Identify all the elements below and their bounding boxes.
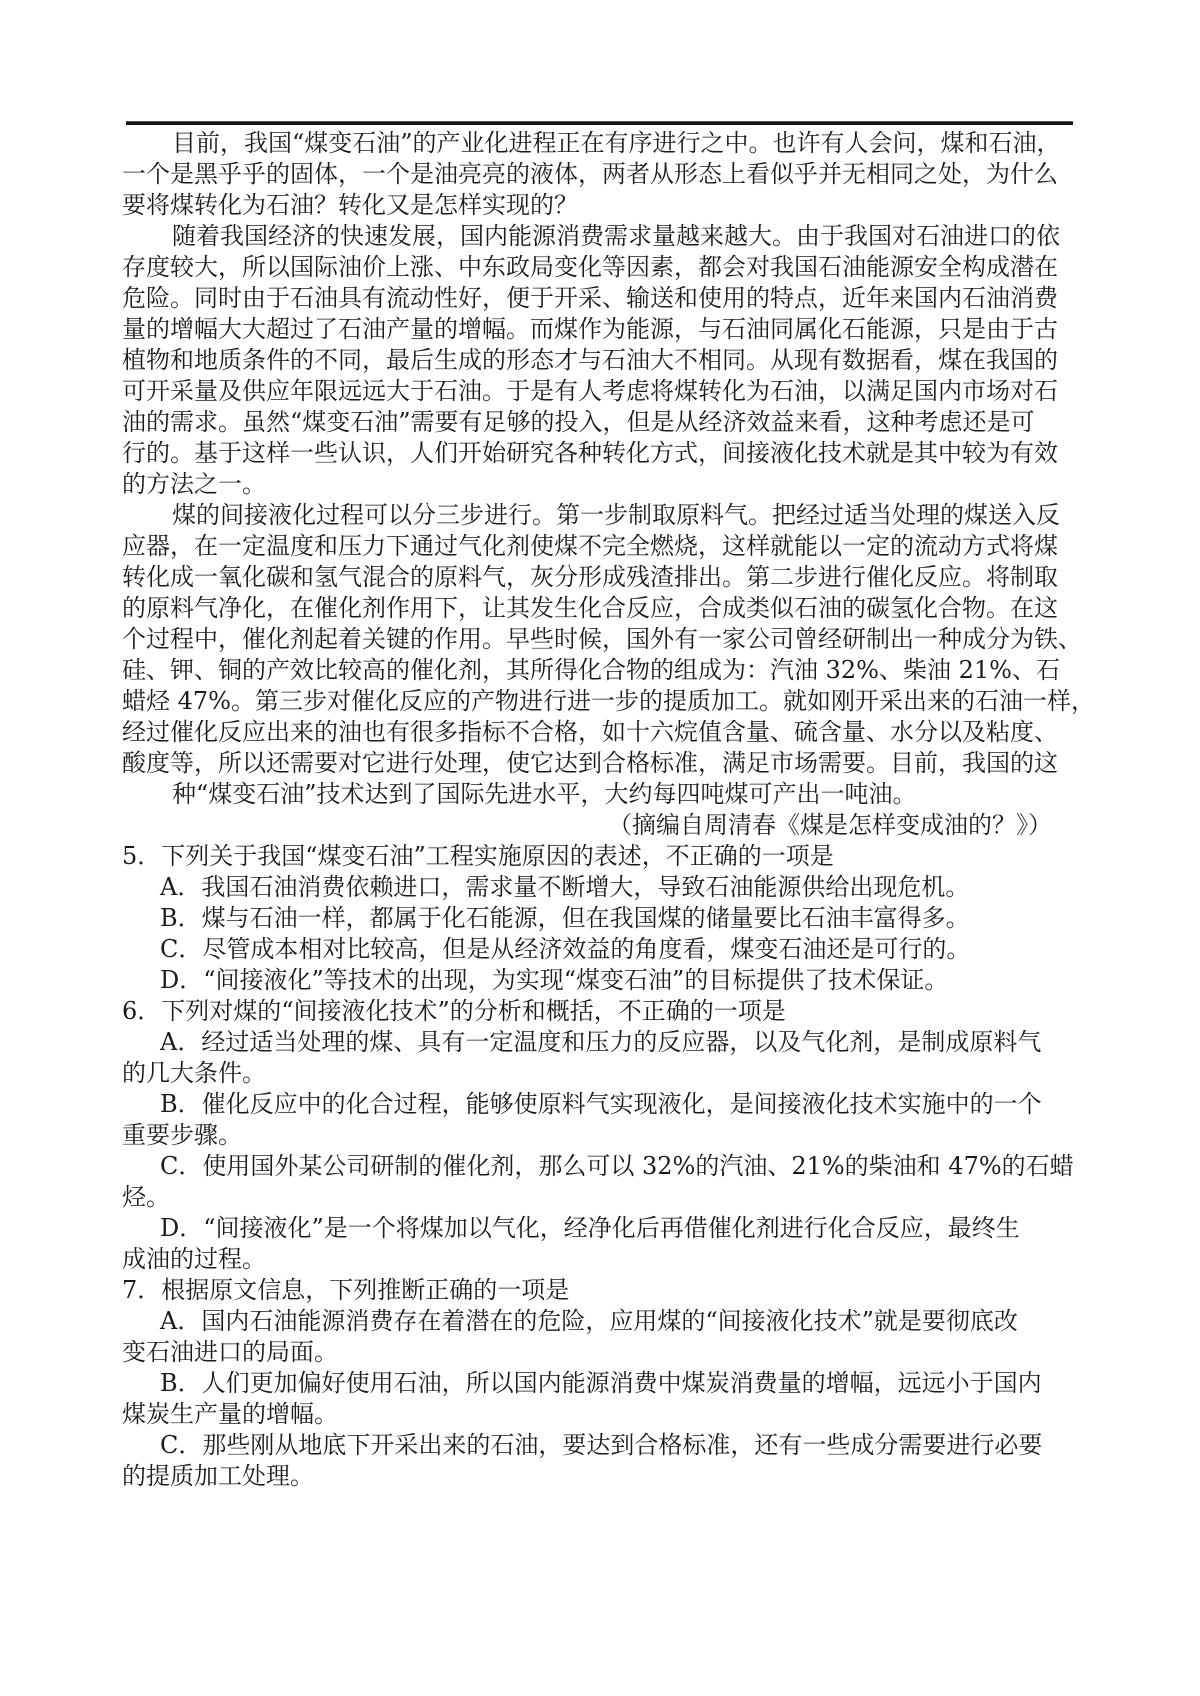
passage-line: 目前，我国“煤变石油”的产业化进程正在有序进行之中。也许有人会问，煤和石油， (122, 128, 1080, 159)
header-divider-rule (126, 121, 1073, 125)
passage-line: 经过催化反应出来的油也有很多指标不合格，如十六烷值含量、硫含量、水分以及粘度、 (122, 717, 1080, 748)
passage-line: 煤的间接液化过程可以分三步进行。第一步制取原料气。把经过适当处理的煤送入反 (122, 500, 1080, 531)
passage-line: 存度较大，所以国际油价上涨、中东政局变化等因素，都会对我国石油能源安全构成潜在 (122, 252, 1080, 283)
citation-line: （摘编自周清春《煤是怎样变成油的？》） (122, 810, 1080, 841)
passage-line: 的方法之一。 (122, 469, 1080, 500)
option-line: A．经过适当处理的煤、具有一定温度和压力的反应器，以及气化剂，是制成原料气 (122, 1027, 1080, 1058)
passage-line: 应器，在一定温度和压力下通过气化剂使煤不完全燃烧，这样就能以一定的流动方式将煤 (122, 531, 1080, 562)
question-line: 5．下列关于我国“煤变石油”工程实施原因的表述，不正确的一项是 (122, 841, 1080, 872)
option-line: C．使用国外某公司研制的催化剂，那么可以 32%的汽油、21%的柴油和 47%的… (122, 1151, 1080, 1182)
passage-line: 酸度等，所以还需要对它进行处理，使它达到合格标准，满足市场需要。目前，我国的这 (122, 748, 1080, 779)
exam-page: 目前，我国“煤变石油”的产业化进程正在有序进行之中。也许有人会问，煤和石油，一个… (0, 0, 1200, 1696)
passage-line: 要将煤转化为石油？转化又是怎样实现的？ (122, 190, 1080, 221)
option-line: B．煤与石油一样，都属于化石能源，但在我国煤的储量要比石油丰富得多。 (122, 903, 1080, 934)
question-line: 6．下列对煤的“间接液化技术”的分析和概括，不正确的一项是 (122, 996, 1080, 1027)
option-line: D．“间接液化”等技术的出现，为实现“煤变石油”的目标提供了技术保证。 (122, 965, 1080, 996)
passage-line: 个过程中，催化剂起着关键的作用。早些时候，国外有一家公司曾经研制出一种成分为铁、 (122, 624, 1080, 655)
document-lines: 目前，我国“煤变石油”的产业化进程正在有序进行之中。也许有人会问，煤和石油，一个… (122, 128, 1080, 1492)
passage-line: 的提质加工处理。 (122, 1461, 1080, 1492)
passage-line: 煤炭生产量的增幅。 (122, 1399, 1080, 1430)
option-line: A．国内石油能源消费存在着潜在的危险，应用煤的“间接液化技术”就是要彻底改 (122, 1306, 1080, 1337)
passage-line: 的几大条件。 (122, 1058, 1080, 1089)
option-line: B．人们更加偏好使用石油，所以国内能源消费中煤炭消费量的增幅，远远小于国内 (122, 1368, 1080, 1399)
passage-line: 量的增幅大大超过了石油产量的增幅。而煤作为能源，与石油同属化石能源，只是由于古 (122, 314, 1080, 345)
passage-line: 烃。 (122, 1182, 1080, 1213)
passage-line: 蜡烃 47%。第三步对催化反应的产物进行进一步的提质加工。就如刚开采出来的石油一… (122, 686, 1080, 717)
passage-line: 油的需求。虽然“煤变石油”需要有足够的投入，但是从经济效益来看，这种考虑还是可 (122, 407, 1080, 438)
passage-line: 行的。基于这样一些认识，人们开始研究各种转化方式，间接液化技术就是其中较为有效 (122, 438, 1080, 469)
option-line: D．“间接液化”是一个将煤加以气化，经净化后再借催化剂进行化合反应，最终生 (122, 1213, 1080, 1244)
passage-line: 转化成一氧化碳和氢气混合的原料气，灰分形成残渣排出。第二步进行催化反应。将制取 (122, 562, 1080, 593)
option-line: C．那些刚从地底下开采出来的石油，要达到合格标准，还有一些成分需要进行必要 (122, 1430, 1080, 1461)
passage-line: 重要步骤。 (122, 1120, 1080, 1151)
passage-line: 变石油进口的局面。 (122, 1337, 1080, 1368)
passage-line: 可开采量及供应年限远远大于石油。于是有人考虑将煤转化为石油，以满足国内市场对石 (122, 376, 1080, 407)
passage-line: 一个是黑乎乎的固体，一个是油亮亮的液体，两者从形态上看似乎并无相同之处，为什么 (122, 159, 1080, 190)
passage-line: 的原料气净化，在催化剂作用下，让其发生化合反应，合成类似石油的碳氢化合物。在这 (122, 593, 1080, 624)
passage-line: 硅、钾、铜的产效比较高的催化剂，其所得化合物的组成为：汽油 32%、柴油 21%… (122, 655, 1080, 686)
passage-line: 植物和地质条件的不同，最后生成的形态才与石油大不相同。从现有数据看，煤在我国的 (122, 345, 1080, 376)
option-line: C．尽管成本相对比较高，但是从经济效益的角度看，煤变石油还是可行的。 (122, 934, 1080, 965)
option-line: A．我国石油消费依赖进口，需求量不断增大，导致石油能源供给出现危机。 (122, 872, 1080, 903)
passage-line: 随着我国经济的快速发展，国内能源消费需求量越来越大。由于我国对石油进口的依 (122, 221, 1080, 252)
passage-line: 种“煤变石油”技术达到了国际先进水平，大约每四吨煤可产出一吨油。 (122, 779, 1080, 810)
passage-line: 危险。同时由于石油具有流动性好，便于开采、输送和使用的特点，近年来国内石油消费 (122, 283, 1080, 314)
passage-line: 成油的过程。 (122, 1244, 1080, 1275)
option-line: B．催化反应中的化合过程，能够使原料气实现液化，是间接液化技术实施中的一个 (122, 1089, 1080, 1120)
question-line: 7．根据原文信息，下列推断正确的一项是 (122, 1275, 1080, 1306)
